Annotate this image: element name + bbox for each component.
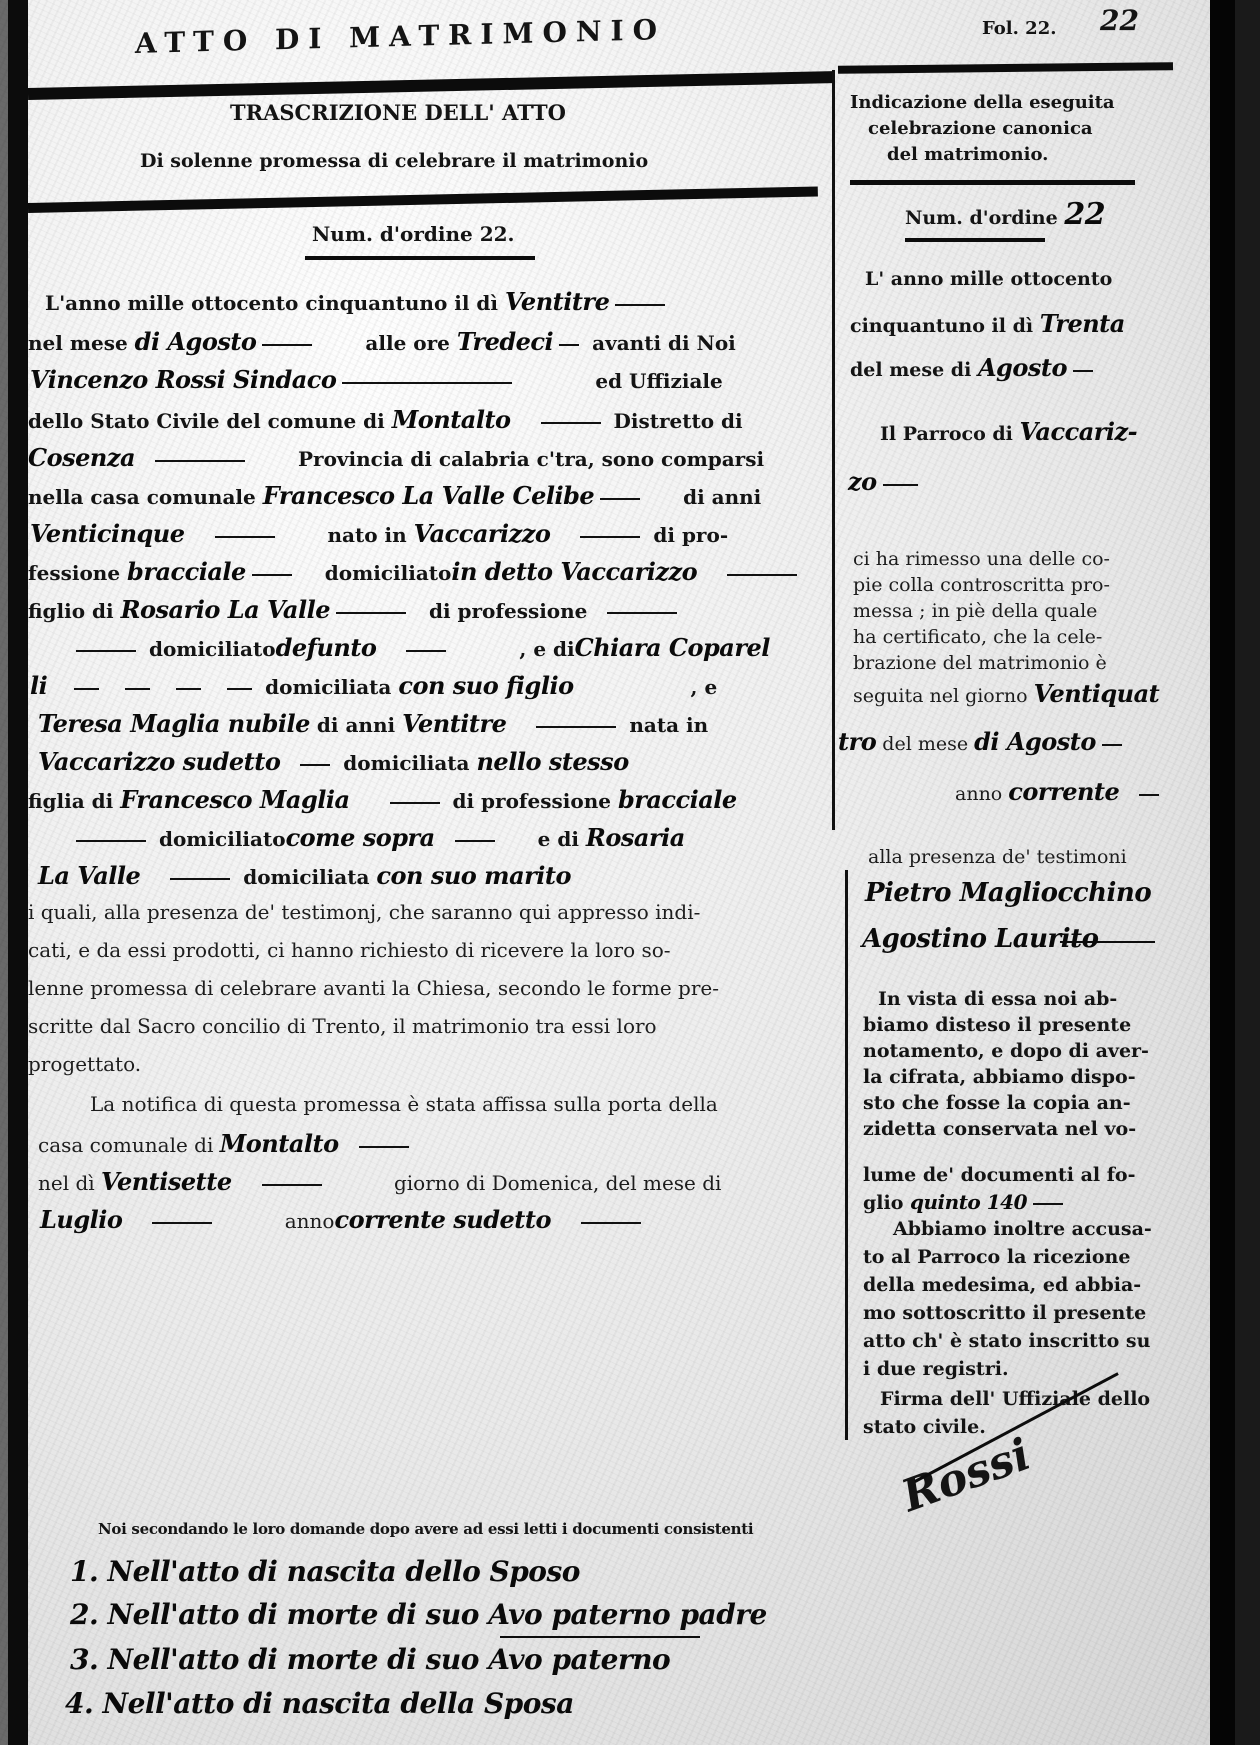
form-line-2: nel mese di Agosto alle ore Tredeci avan… [28,330,736,354]
form-line-9: figlio di Rosario La Valle di profession… [28,598,683,622]
notice-line-4: Luglio annocorrente sudetto [40,1208,647,1232]
handwritten-groom-mother: Chiara Coparel [575,633,770,662]
left-section-subheading: Di solenne promessa di celebrare il matr… [140,150,648,172]
right-paragraph-3-line: della medesima, ed abbia- [863,1276,1141,1295]
form-line-13: Vaccarizzo sudetto domiciliata nello ste… [38,750,629,774]
printed-text: anno [285,1209,335,1233]
signature-label-2: stato civile. [863,1418,986,1437]
right-heading-line-2: celebrazione canonica [868,118,1093,139]
right-paragraph-2-line: zidetta conservata nel vo- [863,1120,1136,1139]
printed-text: anno [955,783,1002,805]
printed-text: di anni [317,713,395,737]
witness-underline [1060,941,1155,943]
right-heading-rule [850,180,1135,185]
left-order-number: Num. d'ordine 22. [312,222,515,246]
fill-dash [336,612,406,614]
handwritten-celebration-year: corrente [1008,777,1119,806]
fill-dash [580,536,640,538]
printed-text: figlio di [28,599,114,623]
form-line-1: L'anno mille ottocento cinquantuno il dì… [45,290,671,314]
handwritten-district: Cosenza [28,443,135,472]
fill-dash [215,536,275,538]
document-list-item-4: 4. Nell'atto di nascita della Sposa [65,1687,574,1720]
fill-dash [152,1222,212,1224]
right-paragraph-2-line: la cifrata, abbiamo dispo- [863,1068,1136,1087]
printed-text: e di [538,827,579,851]
printed-text: del mese [882,733,968,755]
right-paragraph-line: pie colla controscritta pro- [853,576,1110,595]
paragraph-line: cati, e da essi prodotti, ci hanno richi… [28,940,671,960]
printed-text: La notifica di questa promessa è stata a… [90,1092,718,1116]
notice-line-2: casa comunale di Montalto [38,1132,415,1156]
fill-dash [600,498,640,500]
fill-dash [455,840,495,842]
printed-text: Provincia di calabria c'tra, sono compar… [298,447,764,471]
witness-label: alla presenza de' testimoni [868,848,1127,867]
handwritten-groom-age: Venticinque [30,519,185,548]
printed-text: ed Uffiziale [595,369,722,393]
fill-dash [883,484,918,486]
handwritten-comune: Montalto [392,405,511,434]
handwritten-notice-year: corrente sudetto [334,1205,551,1234]
form-line-3: Vincenzo Rossi Sindaco ed Uffiziale [30,368,723,392]
fill-dash [155,460,245,462]
printed-text: domiciliata [265,675,391,699]
right-heading-line-1: Indicazione della eseguita [850,92,1115,113]
fill-dash [252,574,292,576]
handwritten-mother-domicile: con suo figlio [398,671,573,700]
form-line-5: Cosenza Provincia di calabria c'tra, son… [28,446,764,470]
fill-dash [176,688,201,690]
handwritten-notice-month: Luglio [40,1205,122,1234]
handwritten-bride-domicile: nello stesso [476,747,628,776]
right-line-1: L' anno mille ottocento [865,270,1112,289]
printed-text: dello Stato Civile del comune di [28,409,385,433]
fill-dash [727,574,797,576]
handwritten-bride-father-profession: bracciale [618,785,737,814]
scan-edge-right [1210,0,1235,1745]
fill-dash [406,650,446,652]
printed-text: L'anno mille ottocento cinquantuno il dì [45,291,498,315]
fill-dash [125,688,150,690]
right-paragraph-2-line: biamo disteso il presente [863,1016,1131,1035]
fill-dash [342,382,512,384]
paragraph-line: lenne promessa di celebrare avanti la Ch… [28,978,719,998]
printed-text: di pro- [653,523,728,547]
fill-dash [76,650,136,652]
fill-dash [1033,1203,1063,1205]
fill-dash [227,688,252,690]
printed-text: figlia di [28,789,113,813]
right-paragraph-line: messa ; in piè della quale [853,602,1097,621]
handwritten-bride-name: Teresa Maglia nubile [38,709,310,738]
printed-text: Il Parroco di [880,423,1013,445]
printed-text: domiciliato [159,827,286,851]
handwritten-father-status: defunto [276,633,377,662]
document-page: ATTO DI MATRIMONIO Fol. 22. 22 TRASCRIZI… [0,0,1235,1745]
right-paragraph-2-line: notamento, e dopo di aver- [863,1042,1149,1061]
notice-line-3: nel dì Ventisette giorno di Domenica, de… [38,1170,721,1194]
fill-dash [615,304,665,306]
header-rule-bottom [28,186,818,213]
printed-text: domiciliata [243,865,369,889]
handwritten-notice-day: Ventisette [101,1167,232,1196]
document-list-item-1: 1. Nell'atto di nascita dello Sposo [70,1555,580,1588]
printed-text: nel mese [28,331,128,355]
handwritten-bride-mother-domicile: con suo marito [376,861,571,890]
scan-edge-left [0,0,8,1745]
printed-text: domiciliato [149,637,276,661]
handwritten-celebration-day-2: Ventiquat [1034,679,1160,708]
form-line-14: figlia di Francesco Maglia di profession… [28,788,737,812]
handwritten-bride-mother-surname: La Valle [38,861,140,890]
page-binding-border [8,0,28,1745]
right-order-rule [905,238,1045,242]
fill-dash [1073,370,1093,372]
form-line-12: Teresa Maglia nubile di anni Ventitre na… [38,712,708,736]
right-celebration-line-2: tro del mese di Agosto [838,730,1128,754]
form-line-11: li domiciliata con suo figlio , e [30,674,717,698]
right-paragraph-3-line: atto ch' è stato inscritto su [863,1332,1150,1351]
fill-dash [1139,794,1159,796]
right-paragraph-line: ha certificato, che la cele- [853,628,1102,647]
right-paragraph-3-line: mo sottoscritto il presente [863,1304,1146,1323]
fill-dash [390,802,440,804]
fill-dash [536,726,616,728]
officer-signature: Rossi [895,1429,1037,1522]
printed-text: di professione [429,599,587,623]
right-celebration-line-1: seguita nel giorno Ventiquat [853,682,1159,706]
handwritten-bride-age: Ventitre [402,709,506,738]
handwritten-groom-father: Rosario La Valle [121,595,330,624]
handwritten-day: Ventitre [505,287,609,316]
witness-1: Pietro Magliocchino [865,880,1151,906]
form-line-15: domiciliatocome sopra e di Rosaria [70,826,685,850]
handwritten-parish-end: zo [848,467,877,496]
fill-dash [170,878,230,880]
printed-text: nella casa comunale [28,485,256,509]
folio-line: glio quinto 140 [863,1192,1069,1213]
right-paragraph-3-line: to al Parroco la ricezione [863,1248,1130,1267]
handwritten-bride-father-domicile: come sopra [286,823,435,852]
folio-handwritten: 22 [1100,4,1139,37]
document-list-underline [500,1636,700,1638]
fill-dash [74,688,99,690]
form-line-7: Venticinque nato in Vaccarizzo di pro- [30,522,728,546]
right-line-3: del mese di Agosto [850,356,1099,380]
printed-text: , e di [519,637,574,661]
printed-text: di anni [683,485,761,509]
fill-dash [359,1146,409,1148]
printed-text: alle ore [365,331,449,355]
right-paragraph-3-line: i due registri. [863,1360,1009,1379]
right-paragraph-3-line: Abbiamo inoltre accusa- [893,1220,1152,1239]
printed-text: glio [863,1192,903,1214]
document-list-item-3: 3. Nell'atto di morte di suo Avo paterno [70,1643,670,1676]
handwritten-folio: quinto 140 [910,1190,1027,1214]
document-list-item-2: 2. Nell'atto di morte di suo Avo paterno… [70,1598,767,1631]
printed-text: di professione [453,789,611,813]
handwritten-celebration-day-end: tro [838,727,876,756]
fill-dash [541,422,601,424]
printed-text: , e [691,675,718,699]
handwritten-groom-name: Francesco La Valle Celibe [263,481,594,510]
printed-text: del mese di [850,359,971,381]
fill-dash [1102,744,1122,746]
printed-text: nel dì [38,1171,95,1195]
right-paragraph-line: ci ha rimesso una delle co- [853,550,1110,569]
header-rule-top [28,71,833,100]
printed-text: domiciliata [343,751,469,775]
left-section-heading: TRASCRIZIONE DELL' ATTO [230,100,566,125]
paragraph-line: progettato. [28,1054,141,1074]
printed-text: nato in [328,523,407,547]
header-rule-top-right [838,62,1173,74]
handwritten-parish: Vaccariz- [1020,417,1138,446]
right-line-4: Il Parroco di Vaccariz- [880,420,1137,444]
handwritten-bride-birthplace: Vaccarizzo sudetto [38,747,280,776]
right-line-5: zo [848,470,924,494]
handwritten-celebration-day: Trenta [1040,309,1125,338]
printed-text: nata in [629,713,708,737]
witness-2: Agostino Laurito [862,926,1098,952]
form-line-8: fessione bracciale domiciliatoin detto V… [28,560,803,584]
fill-dash [581,1222,641,1224]
paragraph-line: scritte dal Sacro concilio di Trento, il… [28,1016,657,1036]
handwritten-groom-birthplace: Vaccarizzo [414,519,551,548]
form-line-16: La Valle domiciliata con suo marito [38,864,571,888]
left-order-rule [305,256,535,260]
printed-text: Distretto di [614,409,743,433]
column-divider-upper [832,70,835,830]
fill-dash [607,612,677,614]
fill-dash [76,840,146,842]
handwritten-order-number: 22 [1064,197,1105,232]
handwritten-officer: Vincenzo Rossi Sindaco [30,365,336,394]
notice-line-1: La notifica di questa promessa è stata a… [90,1094,718,1114]
printed-text: avanti di Noi [592,331,736,355]
handwritten-celebration-month-2: di Agosto [974,727,1096,756]
column-divider-lower [845,870,848,1440]
right-order-number: Num. d'ordine 22 [905,200,1105,230]
handwritten-bride-mother: Rosaria [586,823,685,852]
handwritten-groom-domicile: in detto Vaccarizzo [451,557,697,586]
printed-text: L' anno mille ottocento [865,268,1112,290]
signature-label-1: Firma dell' Uffiziale dello [880,1390,1150,1409]
document-title: ATTO DI MATRIMONIO [135,13,666,60]
handwritten-groom-profession: bracciale [127,557,246,586]
printed-text: cinquantuno il dì [850,315,1033,337]
handwritten-bride-father: Francesco Maglia [120,785,349,814]
fill-dash [262,344,312,346]
right-paragraph-2-line: sto che fosse la copia an- [863,1094,1131,1113]
folio-label: Fol. 22. [982,18,1057,39]
printed-text: giorno di Domenica, del mese di [394,1171,721,1195]
form-line-6: nella casa comunale Francesco La Valle C… [28,484,761,508]
right-heading-line-3: del matrimonio. [887,144,1048,165]
handwritten-celebration-month: Agosto [978,353,1067,382]
handwritten-mother-surname-end: li [30,671,47,700]
right-paragraph-2-line: lume de' documenti al fo- [863,1166,1135,1185]
fill-dash [262,1184,322,1186]
handwritten-month: di Agosto [135,327,257,356]
printed-text: casa comunale di [38,1133,213,1157]
right-paragraph-line: brazione del matrimonio è [853,654,1107,673]
fill-dash [300,764,330,766]
printed-text: Num. d'ordine [905,207,1058,229]
form-line-4: dello Stato Civile del comune di Montalt… [28,408,743,432]
right-line-2: cinquantuno il dì Trenta [850,312,1125,336]
printed-text: seguita nel giorno [853,685,1028,707]
printed-text: domiciliato [325,561,452,585]
right-paragraph-2-line: In vista di essa noi ab- [878,990,1117,1009]
form-line-10: domiciliatodefunto , e diChiara Coparel [70,636,770,660]
footer-intro: Noi secondando le loro domande dopo aver… [98,1522,753,1537]
fill-dash [559,344,579,346]
right-celebration-line-3: anno corrente [955,780,1165,804]
handwritten-notice-comune: Montalto [220,1129,339,1158]
printed-text: fessione [28,561,120,585]
paragraph-line: i quali, alla presenza de' testimonj, ch… [28,902,700,922]
handwritten-hour: Tredeci [457,327,553,356]
